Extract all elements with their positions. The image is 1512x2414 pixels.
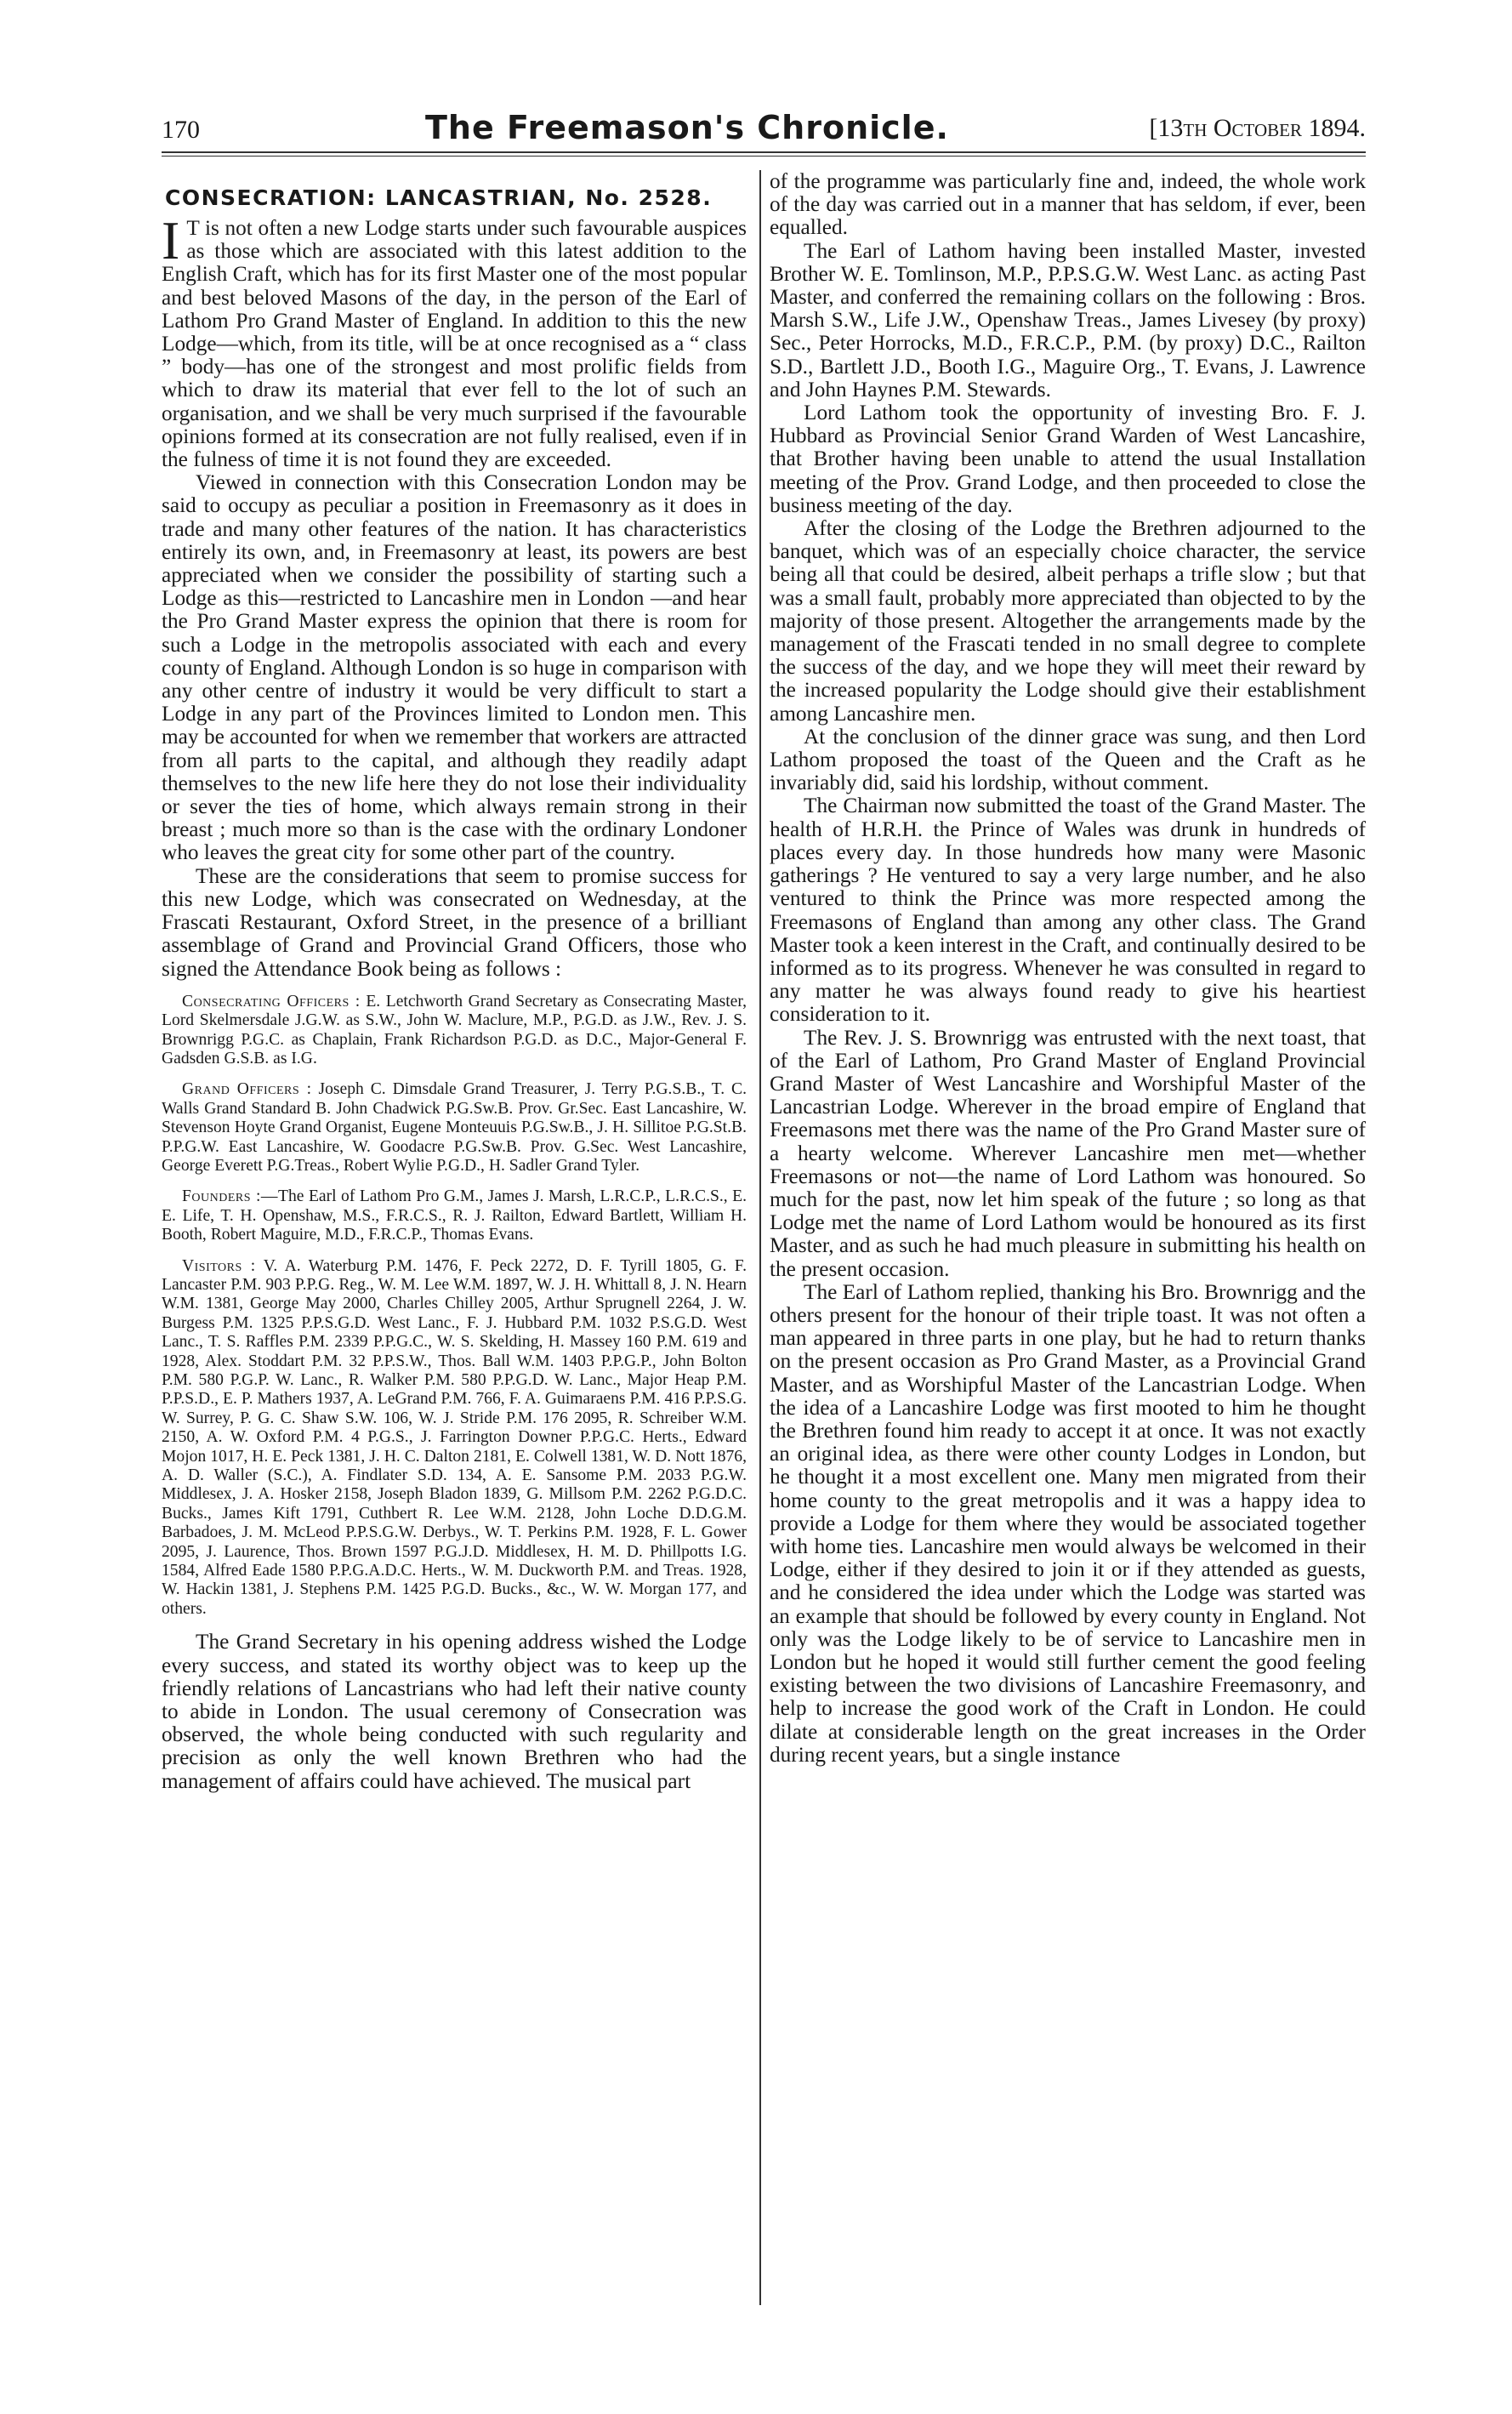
newspaper-page: 170 The Freemason's Chronicle. [13th Oct… (162, 109, 1366, 150)
article-headline: CONSECRATION: LANCASTRIAN, No. 2528. (165, 185, 747, 210)
grand-officers-label: Grand Officers : (182, 1080, 312, 1098)
article-paragraph-11: The Rev. J. S. Brownrigg was entrusted w… (770, 1027, 1366, 1281)
consecrating-officers-list: Consecrating Officers : E. Letchworth Gr… (162, 993, 747, 1069)
masthead-rule (162, 151, 1366, 153)
article-paragraph-6: The Earl of Lathom having been installed… (770, 240, 1366, 401)
masthead-rule-secondary (162, 156, 1366, 157)
article-paragraph-10: The Chairman now submitted the toast of … (770, 794, 1366, 1026)
article-paragraph-4: The Grand Secretary in his opening addre… (162, 1631, 747, 1792)
article-paragraph-2: Viewed in connection with this Consecrat… (162, 471, 747, 864)
article-paragraph-7: Lord Lathom took the opportunity of inve… (770, 401, 1366, 517)
newspaper-title: The Freemason's Chronicle. (425, 109, 949, 146)
article-paragraph-12: The Earl of Lathom replied, thanking his… (770, 1281, 1366, 1767)
article-paragraph-3: These are the considerations that seem t… (162, 865, 747, 981)
founders-label: Founders :— (182, 1187, 278, 1205)
article-paragraph-1: IT is not often a new Lodge starts under… (162, 217, 747, 471)
masthead: 170 The Freemason's Chronicle. [13th Oct… (162, 109, 1366, 150)
visitors-label: Visitors : (182, 1257, 256, 1275)
drop-cap: I (162, 219, 179, 263)
article-paragraph-5: of the programme was particularly fine a… (770, 170, 1366, 240)
issue-date: [13th October 1894. (1149, 114, 1366, 143)
founders-list: Founders :—The Earl of Lathom Pro G.M., … (162, 1187, 747, 1244)
right-column: of the programme was particularly fine a… (770, 170, 1366, 1767)
article-paragraph-8: After the closing of the Lodge the Breth… (770, 517, 1366, 726)
visitors-list: Visitors : V. A. Waterburg P.M. 1476, F.… (162, 1257, 747, 1620)
column-divider (759, 170, 761, 2305)
article-paragraph-9: At the conclusion of the dinner grace wa… (770, 726, 1366, 795)
page-number: 170 (162, 116, 200, 145)
consecrating-officers-label: Consecrating Officers : (182, 993, 361, 1011)
grand-officers-list: Grand Officers : Joseph C. Dimsdale Gran… (162, 1080, 747, 1176)
left-column: CONSECRATION: LANCASTRIAN, No. 2528. IT … (162, 170, 747, 1793)
